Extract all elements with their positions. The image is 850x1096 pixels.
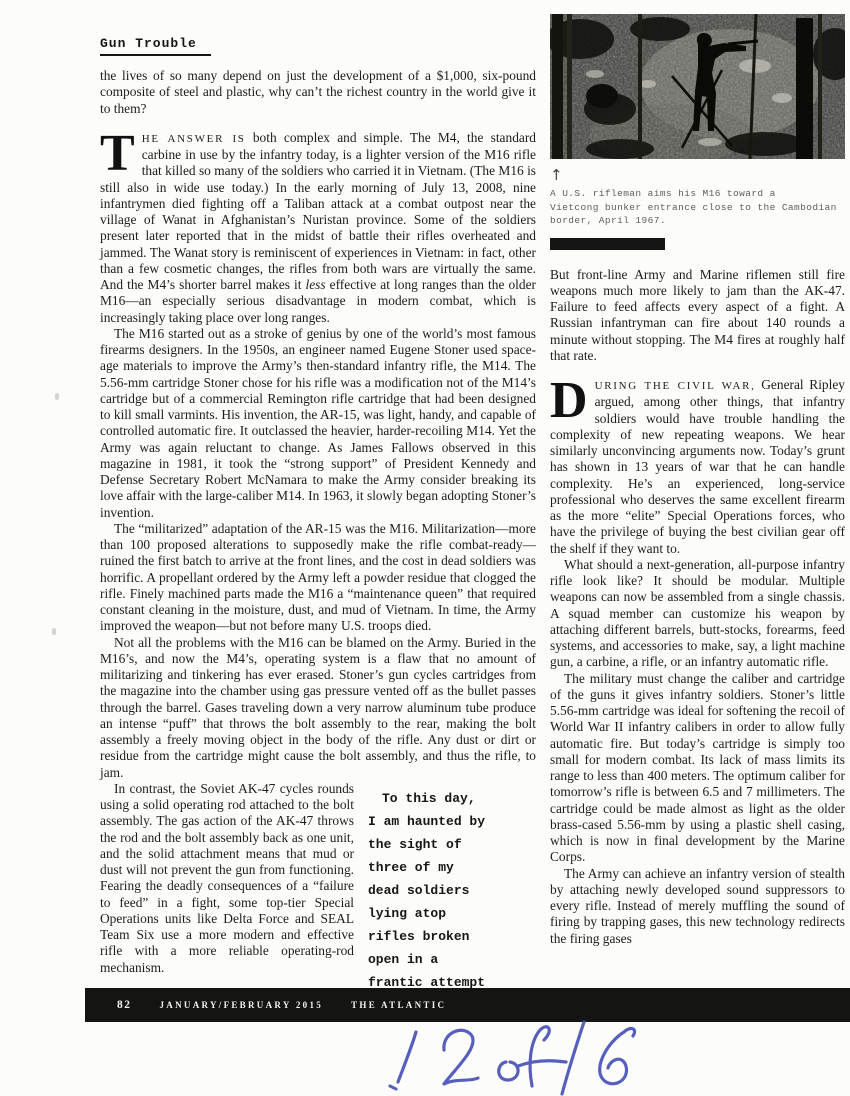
ink-stroke-6-curl	[624, 1029, 635, 1036]
paragraph-text: In contrast, the Soviet AK-47 cycles rou…	[100, 781, 354, 975]
margin-mark	[52, 628, 56, 635]
dropcap-t: T	[100, 130, 142, 174]
magazine-name: THE ATLANTIC	[351, 1000, 446, 1010]
militarized-paragraph: The “militarized” adaptation of the AR-1…	[100, 521, 536, 635]
ink-stroke-1-dot	[390, 1086, 396, 1089]
magazine-page: Gun Trouble the lives of so many depend …	[0, 0, 850, 1096]
handwritten-annotation	[372, 1020, 707, 1096]
caliber-paragraph: The military must change the caliber and…	[550, 671, 845, 866]
up-arrow-icon: ↑	[550, 168, 845, 182]
paragraph-text: both complex and simple. The M4, the sta…	[100, 130, 536, 292]
left-column: the lives of so many depend on just the …	[100, 68, 536, 1019]
jungle-photo	[550, 14, 845, 159]
ink-stroke-f	[530, 1027, 549, 1086]
footer-bar: 82 JANUARY/FEBRUARY 2015 THE ATLANTIC	[85, 988, 850, 1022]
smallcaps-lead: URING THE CIVIL WAR,	[595, 380, 756, 392]
operating-system-paragraph: Not all the problems with the M16 can be…	[100, 635, 536, 781]
right-column: ↑ A U.S. rifleman aims his M16 toward a …	[550, 14, 845, 947]
caption-divider-bar	[550, 238, 665, 250]
suppressor-paragraph: The Army can achieve an infantry version…	[550, 866, 845, 947]
frontline-paragraph: But front-line Army and Marine riflemen …	[550, 267, 845, 365]
civil-war-paragraph: DURING THE CIVIL WAR, General Ripley arg…	[550, 377, 845, 557]
page-number: 82	[117, 999, 132, 1011]
photo-caption: A U.S. rifleman aims his M16 toward a Vi…	[550, 187, 845, 228]
dropcap-d: D	[550, 377, 595, 421]
pull-quote: To this day, I am haunted by the sight o…	[368, 787, 536, 1017]
m16-history-paragraph: The M16 started out as a stroke of geniu…	[100, 326, 536, 521]
ink-stroke-6	[600, 1032, 627, 1084]
paragraph-text: General Ripley argued, among other thing…	[550, 377, 845, 556]
ink-stroke-f-bar	[518, 1061, 566, 1066]
italic-word: less	[305, 277, 325, 292]
intro-paragraph: the lives of so many depend on just the …	[100, 68, 536, 117]
ink-stroke-2	[444, 1030, 478, 1084]
ak47-paragraph: To this day, I am haunted by the sight o…	[100, 781, 536, 976]
margin-mark	[55, 393, 59, 400]
ink-stroke-o	[499, 1062, 518, 1080]
article-kicker: Gun Trouble	[100, 36, 211, 56]
issue-date: JANUARY/FEBRUARY 2015	[160, 1000, 324, 1010]
modular-paragraph: What should a next-generation, all-purpo…	[550, 557, 845, 671]
kneeling-figure	[586, 84, 618, 108]
answer-paragraph: THE ANSWER IS both complex and simple. T…	[100, 130, 536, 326]
ink-stroke-slash	[562, 1022, 584, 1094]
ink-stroke-1	[398, 1032, 416, 1082]
smallcaps-lead: HE ANSWER IS	[142, 133, 246, 145]
